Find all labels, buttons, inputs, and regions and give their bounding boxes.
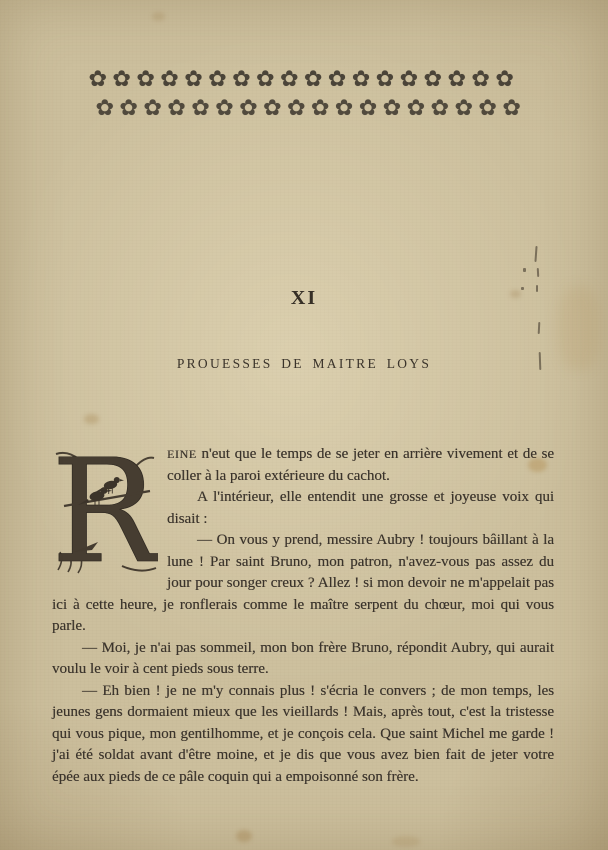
chapter-title: PROUESSES DE MAITRE LOYS	[0, 356, 608, 372]
paper-stain	[84, 414, 99, 424]
ornament-band: ✿✿✿✿✿✿✿✿✿✿✿✿✿✿✿✿✿✿ ✿✿✿✿✿✿✿✿✿✿✿✿✿✿✿✿✿✿	[0, 64, 608, 125]
drop-cap-letter: R	[52, 446, 158, 576]
paragraph-text: n'eut que le temps de se jeter en arrièr…	[167, 446, 554, 484]
paper-stain	[392, 836, 420, 847]
paper-stain	[236, 830, 252, 842]
ink-fleck	[523, 268, 526, 272]
paragraph: R	[52, 444, 554, 487]
text-block: R	[52, 444, 554, 788]
drop-cap-illustration: R	[52, 446, 158, 576]
drop-cap-following-caps: EINE	[167, 447, 197, 461]
paragraph: — Eh bien ! je ne m'y connais plus ! s'é…	[52, 681, 554, 789]
ink-fleck	[537, 268, 539, 277]
chapter-number: XI	[0, 287, 608, 310]
fleuron-row-icon: ✿✿✿✿✿✿✿✿✿✿✿✿✿✿✿✿✿✿	[0, 64, 608, 96]
paper-stain	[152, 12, 165, 21]
fleuron-row-icon: ✿✿✿✿✿✿✿✿✿✿✿✿✿✿✿✿✿✿	[7, 93, 608, 125]
ink-fleck	[534, 246, 537, 262]
ink-fleck	[538, 322, 541, 334]
book-page-scan: ✿✿✿✿✿✿✿✿✿✿✿✿✿✿✿✿✿✿ ✿✿✿✿✿✿✿✿✿✿✿✿✿✿✿✿✿✿ XI…	[0, 0, 608, 850]
illustrated-initial-r-with-birds: R	[52, 446, 158, 576]
paragraph: — Moi, je n'ai pas sommeil, mon bon frèr…	[52, 638, 554, 681]
